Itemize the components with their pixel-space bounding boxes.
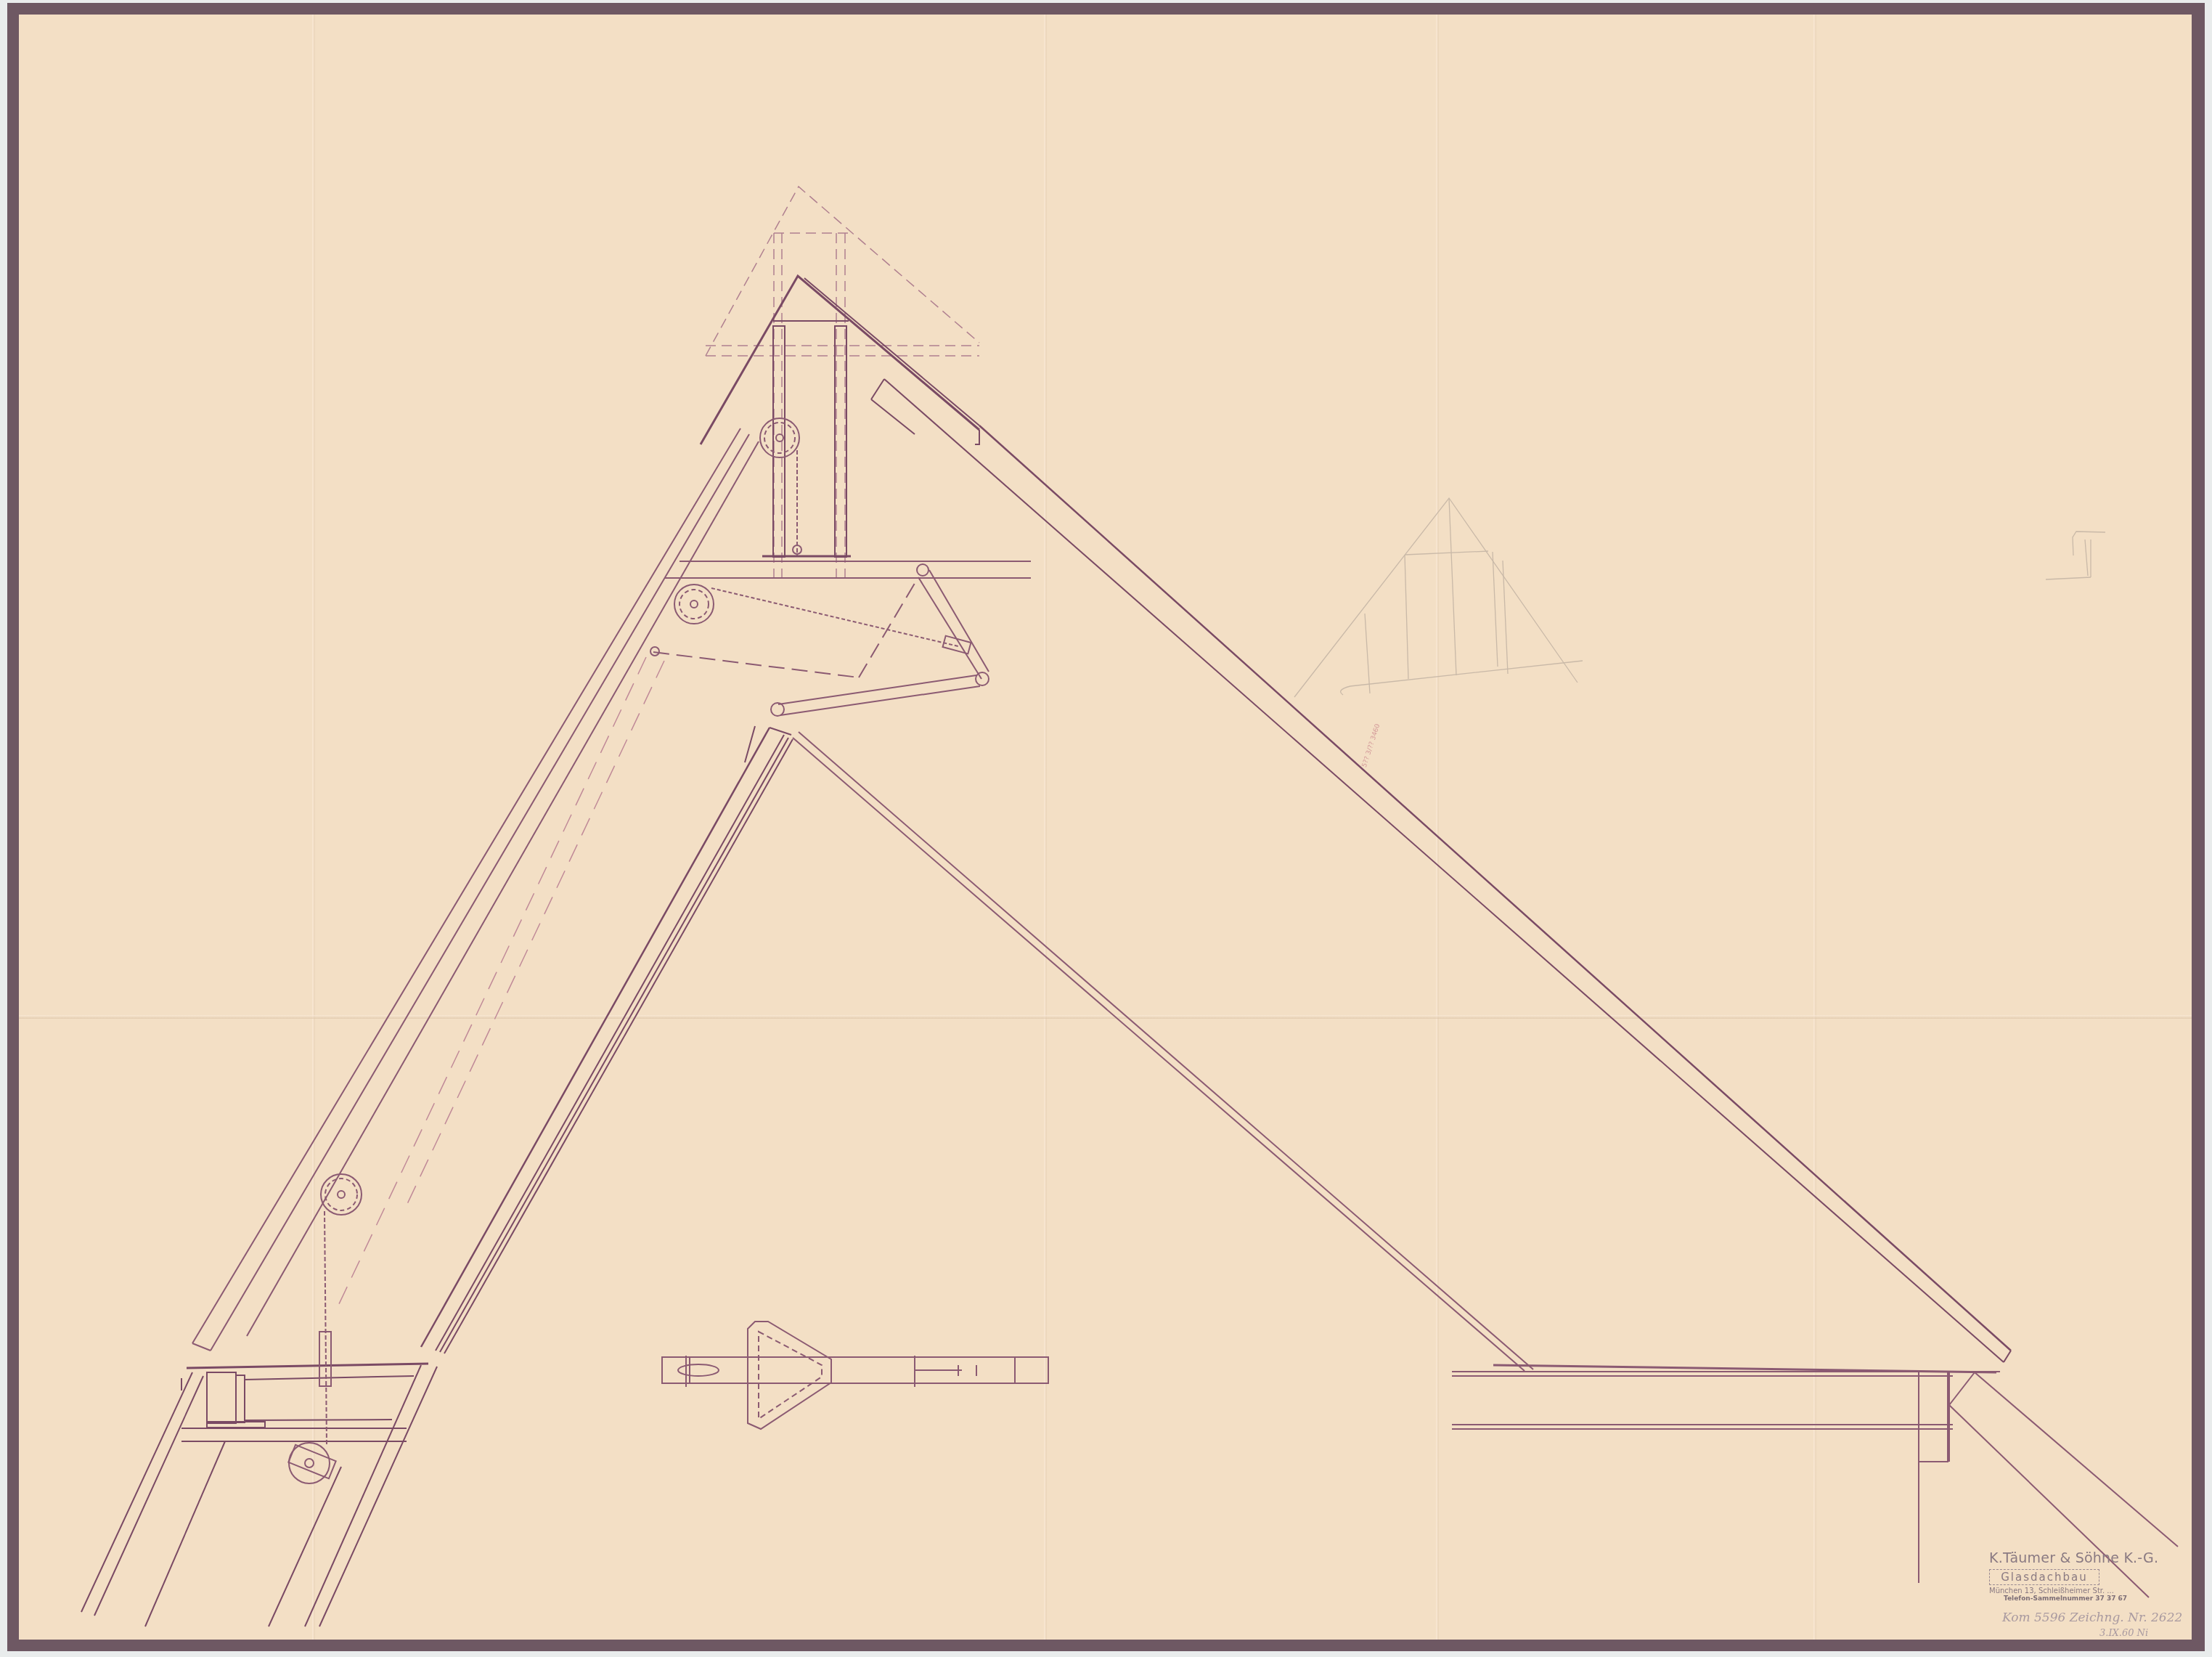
technical-drawing	[0, 0, 2212, 1657]
pencil-sketch	[1294, 498, 2105, 697]
linkage-arm	[650, 564, 989, 716]
lower-pulley	[288, 1174, 362, 1483]
plan-detail	[662, 1322, 1048, 1429]
title-block-stamp: K.Täumer & Söhne K.-G. Glasdachbau Münch…	[1989, 1550, 2158, 1603]
left-sash-dashed	[338, 657, 664, 1307]
crossbeam	[664, 561, 1031, 578]
firm-address: München 13, Schleißheimer Str. ...	[1989, 1587, 2158, 1595]
upper-pulley	[760, 418, 801, 555]
department-label: Glasdachbau	[1989, 1569, 2099, 1585]
drawing-date: 3.IX.60 Ni	[2099, 1628, 2148, 1639]
gutter-beam-left	[81, 1364, 437, 1627]
commission-number: Kom 5596 Zeichng. Nr. 2622	[2002, 1611, 2182, 1625]
ridge-cap-open-position	[706, 187, 979, 581]
ridge-cap	[701, 276, 979, 557]
inner-right-slope	[793, 732, 1533, 1371]
left-roof-slope	[192, 428, 759, 1351]
firm-phone: Telefon-Sammelnummer 37 37 67	[2004, 1595, 2158, 1603]
left-sash	[421, 726, 793, 1353]
right-roof-slope	[871, 379, 2011, 1362]
firm-name: K.Täumer & Söhne K.-G.	[1989, 1550, 2158, 1566]
